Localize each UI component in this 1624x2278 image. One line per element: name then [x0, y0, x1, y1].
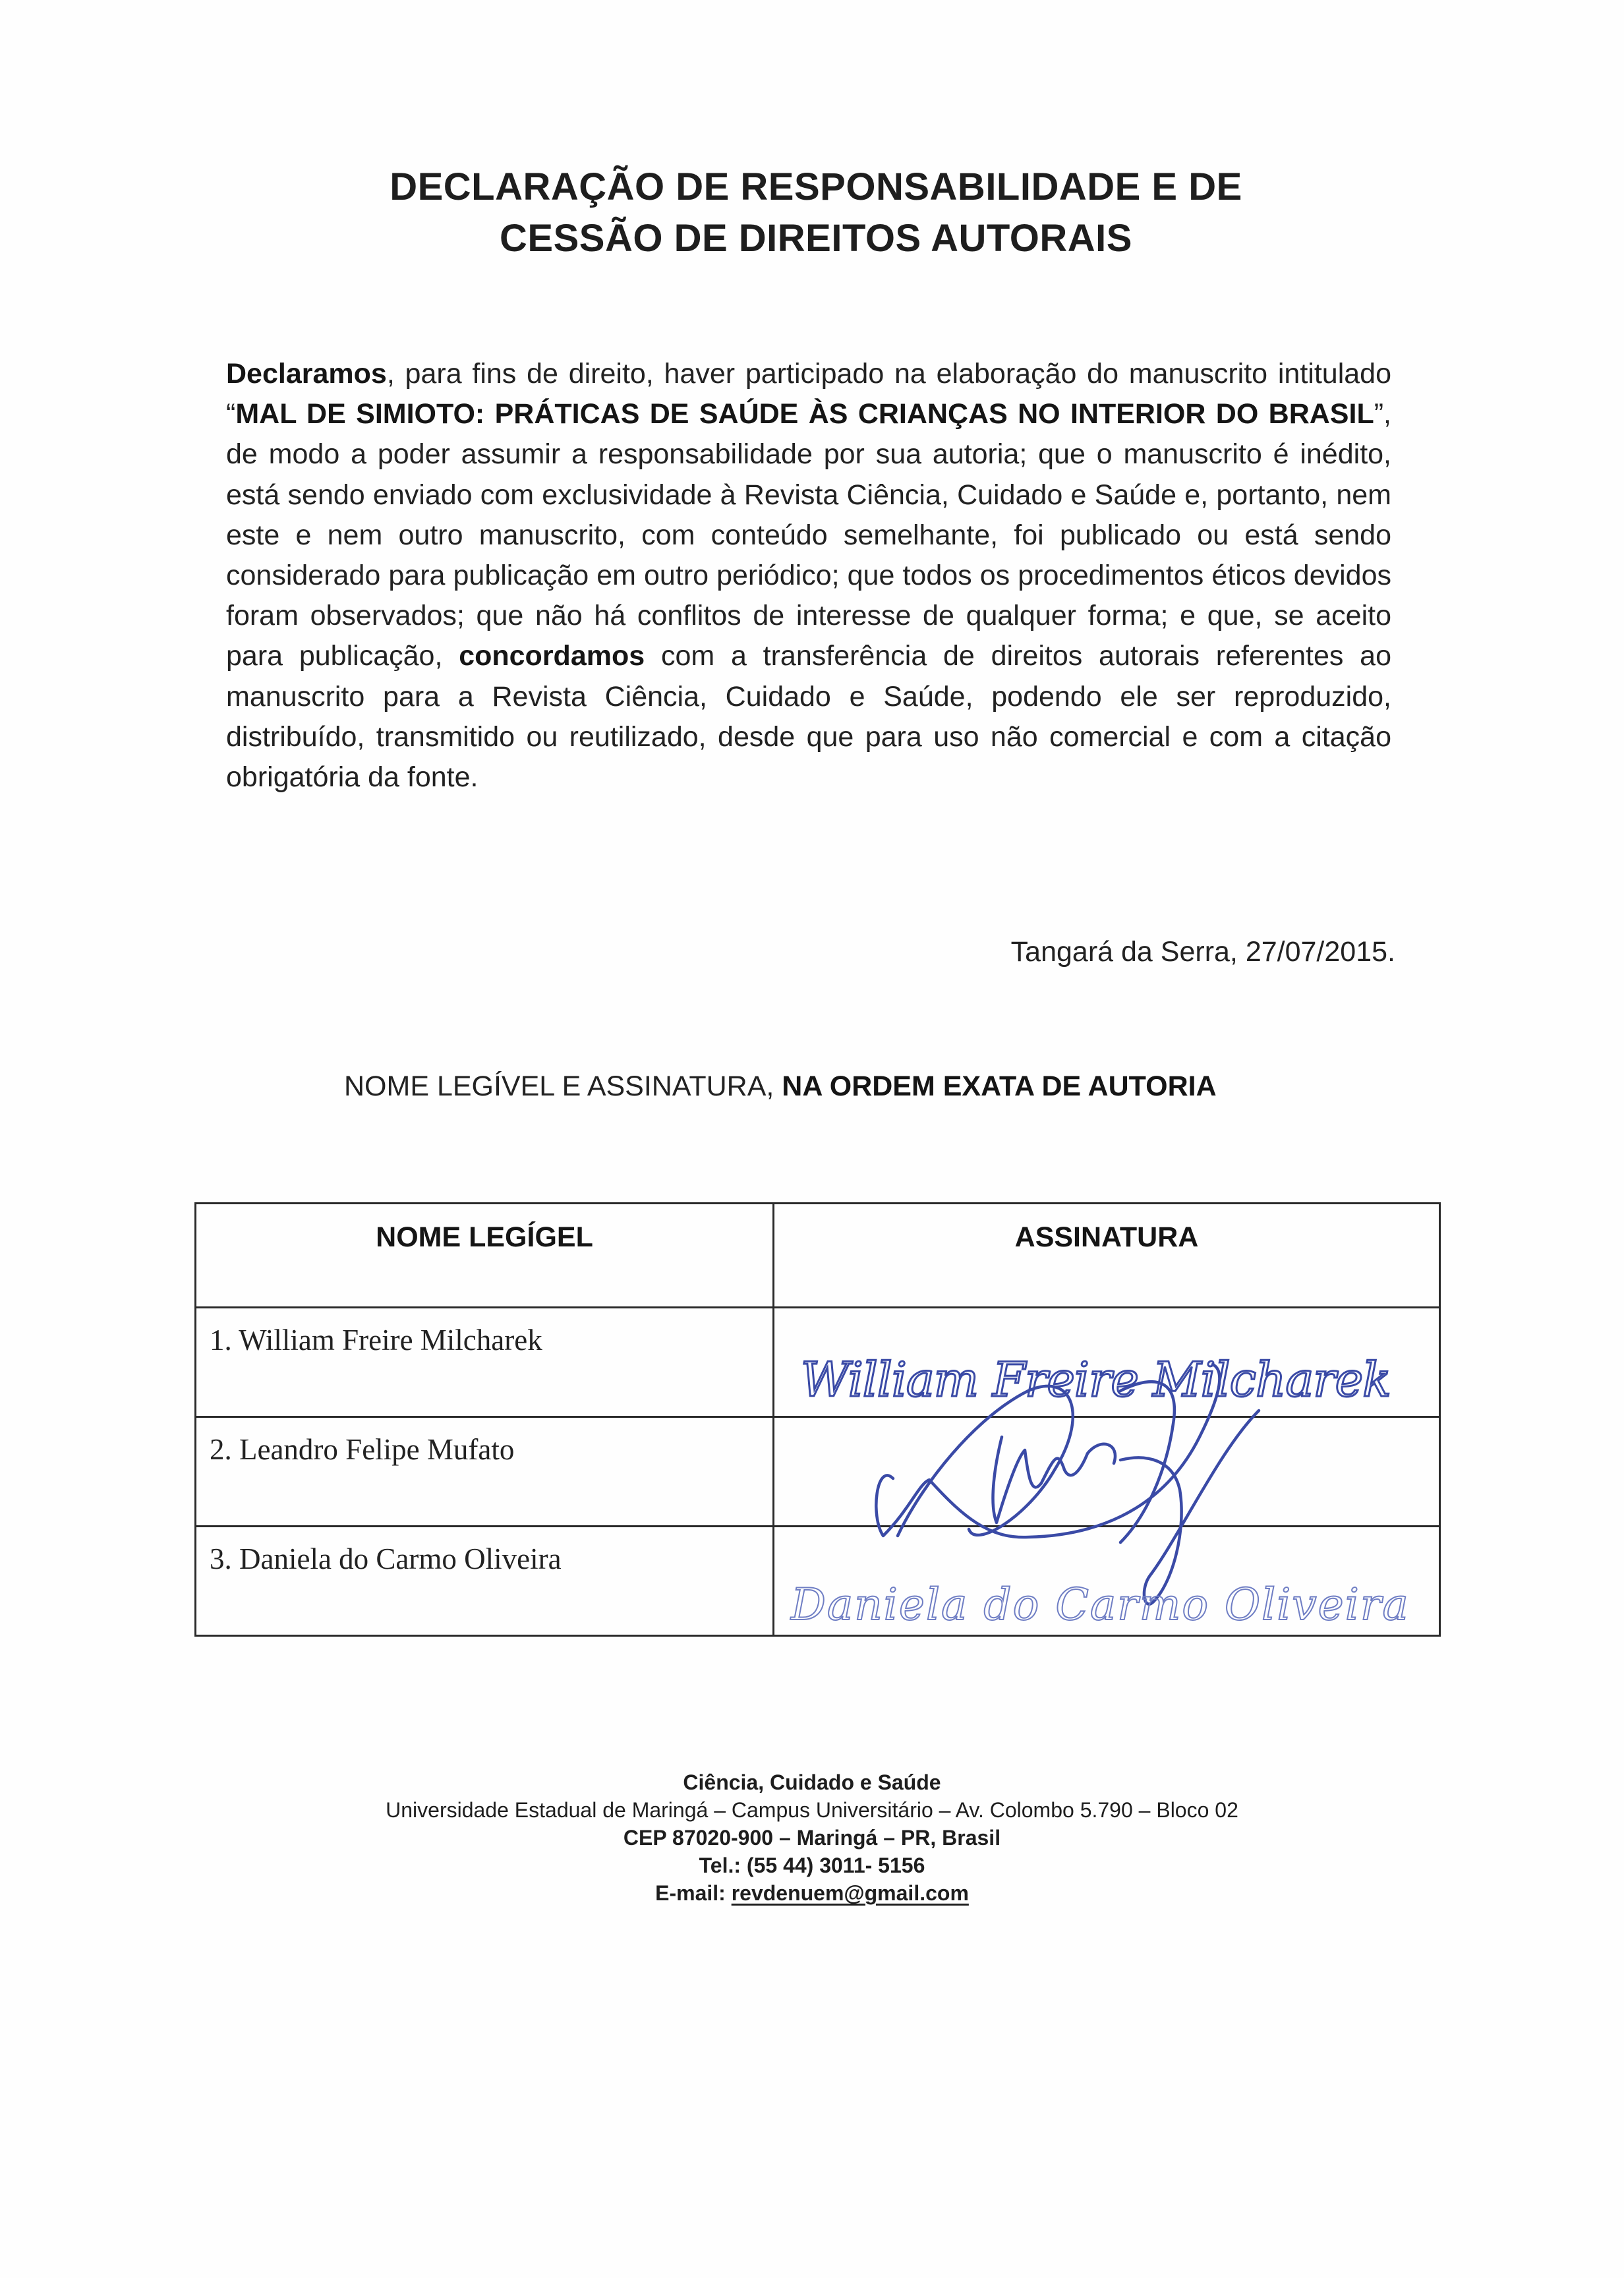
footer-address: Universidade Estadual de Maringá – Campu…	[0, 1796, 1624, 1824]
place-date: Tangará da Serra, 27/07/2015.	[1011, 935, 1395, 969]
signature-cell	[774, 1417, 1440, 1527]
declaramos-bold: Declaramos	[226, 358, 387, 390]
document-title: DECLARAÇÃO DE RESPONSABILIDADE E DE CESS…	[0, 161, 1624, 264]
authors-table: NOME LEGÍGEL ASSINATURA 1. William Freir…	[194, 1202, 1441, 1637]
table-row: 2. Leandro Felipe Mufato	[196, 1417, 1440, 1527]
signature-cell	[774, 1308, 1440, 1417]
declaration-paragraph: Declaramos, para fins de direito, haver …	[226, 354, 1391, 798]
header-signature: ASSINATURA	[774, 1204, 1440, 1308]
title-line-1: DECLARAÇÃO DE RESPONSABILIDADE E DE	[0, 161, 1624, 213]
paragraph-part-2: ”, de modo a poder assumir a responsabil…	[226, 398, 1391, 672]
concordamos-bold: concordamos	[459, 640, 645, 672]
author-name: 1. William Freire Milcharek	[196, 1308, 774, 1417]
signature-heading: NOME LEGÍVEL E ASSINATURA, NA ORDEM EXAT…	[344, 1069, 1217, 1103]
header-name: NOME LEGÍGEL	[196, 1204, 774, 1308]
footer: Ciência, Cuidado e Saúde Universidade Es…	[0, 1768, 1624, 1907]
table-header-row: NOME LEGÍGEL ASSINATURA	[196, 1204, 1440, 1308]
footer-email-link[interactable]: revdenuem@gmail.com	[732, 1881, 969, 1905]
signature-heading-bold: NA ORDEM EXATA DE AUTORIA	[782, 1070, 1216, 1102]
footer-email-line: E-mail: revdenuem@gmail.com	[0, 1879, 1624, 1907]
footer-cep: CEP 87020-900 – Maringá – PR, Brasil	[0, 1824, 1624, 1852]
footer-tel: Tel.: (55 44) 3011- 5156	[0, 1852, 1624, 1879]
footer-journal: Ciência, Cuidado e Saúde	[0, 1768, 1624, 1796]
signature-heading-normal: NOME LEGÍVEL E ASSINATURA,	[344, 1070, 782, 1102]
footer-email-label: E-mail:	[655, 1881, 732, 1905]
handwritten-signatures: William Freire Milcharek Daniela do Carm…	[0, 0, 1624, 2278]
manuscript-title: MAL DE SIMIOTO: PRÁTICAS DE SAÚDE ÀS CRI…	[235, 398, 1374, 430]
author-name: 2. Leandro Felipe Mufato	[196, 1417, 774, 1527]
table-row: 3. Daniela do Carmo Oliveira	[196, 1527, 1440, 1636]
author-name: 3. Daniela do Carmo Oliveira	[196, 1527, 774, 1636]
document-page: DECLARAÇÃO DE RESPONSABILIDADE E DE CESS…	[0, 0, 1624, 2278]
title-line-2: CESSÃO DE DIREITOS AUTORAIS	[0, 213, 1624, 264]
signature-cell	[774, 1527, 1440, 1636]
table-row: 1. William Freire Milcharek	[196, 1308, 1440, 1417]
